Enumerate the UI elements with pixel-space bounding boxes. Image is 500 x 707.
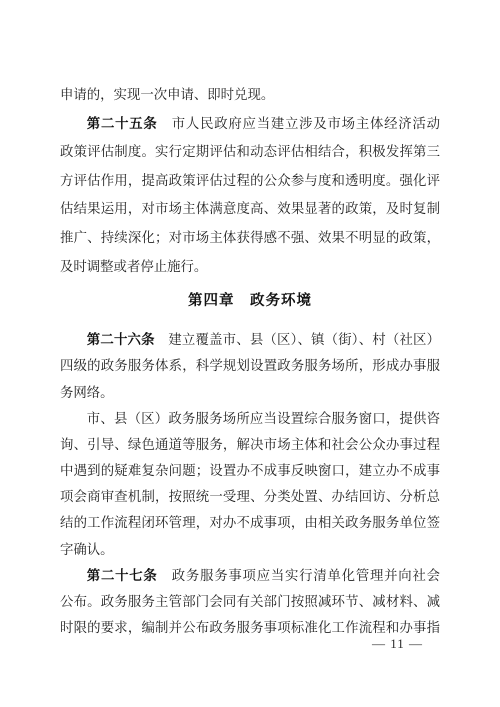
body-text: 建立覆盖市、县（区）、镇（街）、村（社区）: [155, 332, 440, 347]
text-line: 推广、持续深化；对市场主体获得感不强、效果不明显的政策，: [60, 224, 440, 253]
body-text: 字确认。: [60, 542, 114, 557]
text-line: 中遇到的疑难复杂问题；设置办不成事反映窗口，建立办不成事: [60, 458, 440, 484]
text-line: 及时调整或者停止施行。: [60, 253, 440, 282]
text-line: 第二十六条 建立覆盖市、县（区）、镇（街）、村（社区）: [60, 327, 440, 353]
chapter-heading: 第四章 政务环境: [60, 281, 440, 321]
body-text: 申请的，实现一次申请、即时兑现。: [60, 87, 274, 102]
text-line: 估结果运用，对市场主体满意度高、效果显著的政策，及时复制: [60, 195, 440, 224]
text-line: 第二十五条 市人民政府应当建立涉及市场主体经济活动: [60, 110, 440, 139]
text-line: 第二十七条 政务服务事项应当实行清单化管理并向社会: [60, 563, 440, 589]
text-line: 询、引导、绿色通道等服务，解决市场主体和社会公众办事过程: [60, 432, 440, 458]
body-text: 政务服务事项应当实行清单化管理并向社会: [158, 568, 440, 583]
text-line: 结的工作流程闭环管理，对办不成事项，由相关政务服务单位签: [60, 510, 440, 536]
text-line: 申请的，实现一次申请、即时兑现。: [60, 81, 440, 110]
text-line: 市、县（区）政务服务场所应当设置综合服务窗口，提供咨: [60, 406, 440, 432]
text-line: 务网络。: [60, 380, 440, 406]
body-text: 务网络。: [60, 385, 114, 400]
text-line: 政策评估制度。实行定期评估和动态评估相结合，积极发挥第三: [60, 138, 440, 167]
document-page: 申请的，实现一次申请、即时兑现。第二十五条 市人民政府应当建立涉及市场主体经济活…: [0, 0, 500, 707]
body-text: 估结果运用，对市场主体满意度高、效果显著的政策，及时复制: [60, 201, 440, 216]
body-text: 政策评估制度。实行定期评估和动态评估相结合，积极发挥第三: [60, 144, 440, 159]
text-line: 公布。政务服务主管部门会同有关部门按照减环节、减材料、减: [60, 589, 440, 615]
body-text: 中遇到的疑难复杂问题；设置办不成事反映窗口，建立办不成事: [60, 463, 440, 478]
text-line: 字确认。: [60, 537, 440, 563]
document-body: 申请的，实现一次申请、即时兑现。第二十五条 市人民政府应当建立涉及市场主体经济活…: [60, 81, 440, 641]
body-text: 四级的政务服务体系，科学规划设置政务服务场所，形成办事服: [60, 358, 440, 373]
article-number-label: 第二十五条: [87, 116, 158, 131]
page-number: — 11 —: [372, 636, 423, 652]
body-text: 及时调整或者停止施行。: [60, 259, 207, 274]
body-text: 推广、持续深化；对市场主体获得感不强、效果不明显的政策，: [60, 230, 440, 245]
body-text: 公布。政务服务主管部门会同有关部门按照减环节、减材料、减: [60, 594, 440, 609]
body-text: 方评估作用，提高政策评估过程的公众参与度和透明度。强化评: [60, 173, 440, 188]
body-text: 市、县（区）政务服务场所应当设置综合服务窗口，提供咨: [87, 411, 440, 426]
body-text: 结的工作流程闭环管理，对办不成事项，由相关政务服务单位签: [60, 515, 440, 530]
text-line: 项会商审查机制，按照统一受理、分类处置、办结回访、分析总: [60, 484, 440, 510]
body-text: 询、引导、绿色通道等服务，解决市场主体和社会公众办事过程: [60, 437, 440, 452]
body-text: 项会商审查机制，按照统一受理、分类处置、办结回访、分析总: [60, 489, 440, 504]
body-text: 市人民政府应当建立涉及市场主体经济活动: [158, 116, 440, 131]
body-text: 时限的要求，编制并公布政务服务事项标准化工作流程和办事指: [60, 620, 440, 635]
text-line: 四级的政务服务体系，科学规划设置政务服务场所，形成办事服: [60, 353, 440, 379]
text-line: 方评估作用，提高政策评估过程的公众参与度和透明度。强化评: [60, 167, 440, 196]
article-number-label: 第二十七条: [87, 568, 158, 583]
article-number-label: 第二十六条: [87, 332, 155, 347]
